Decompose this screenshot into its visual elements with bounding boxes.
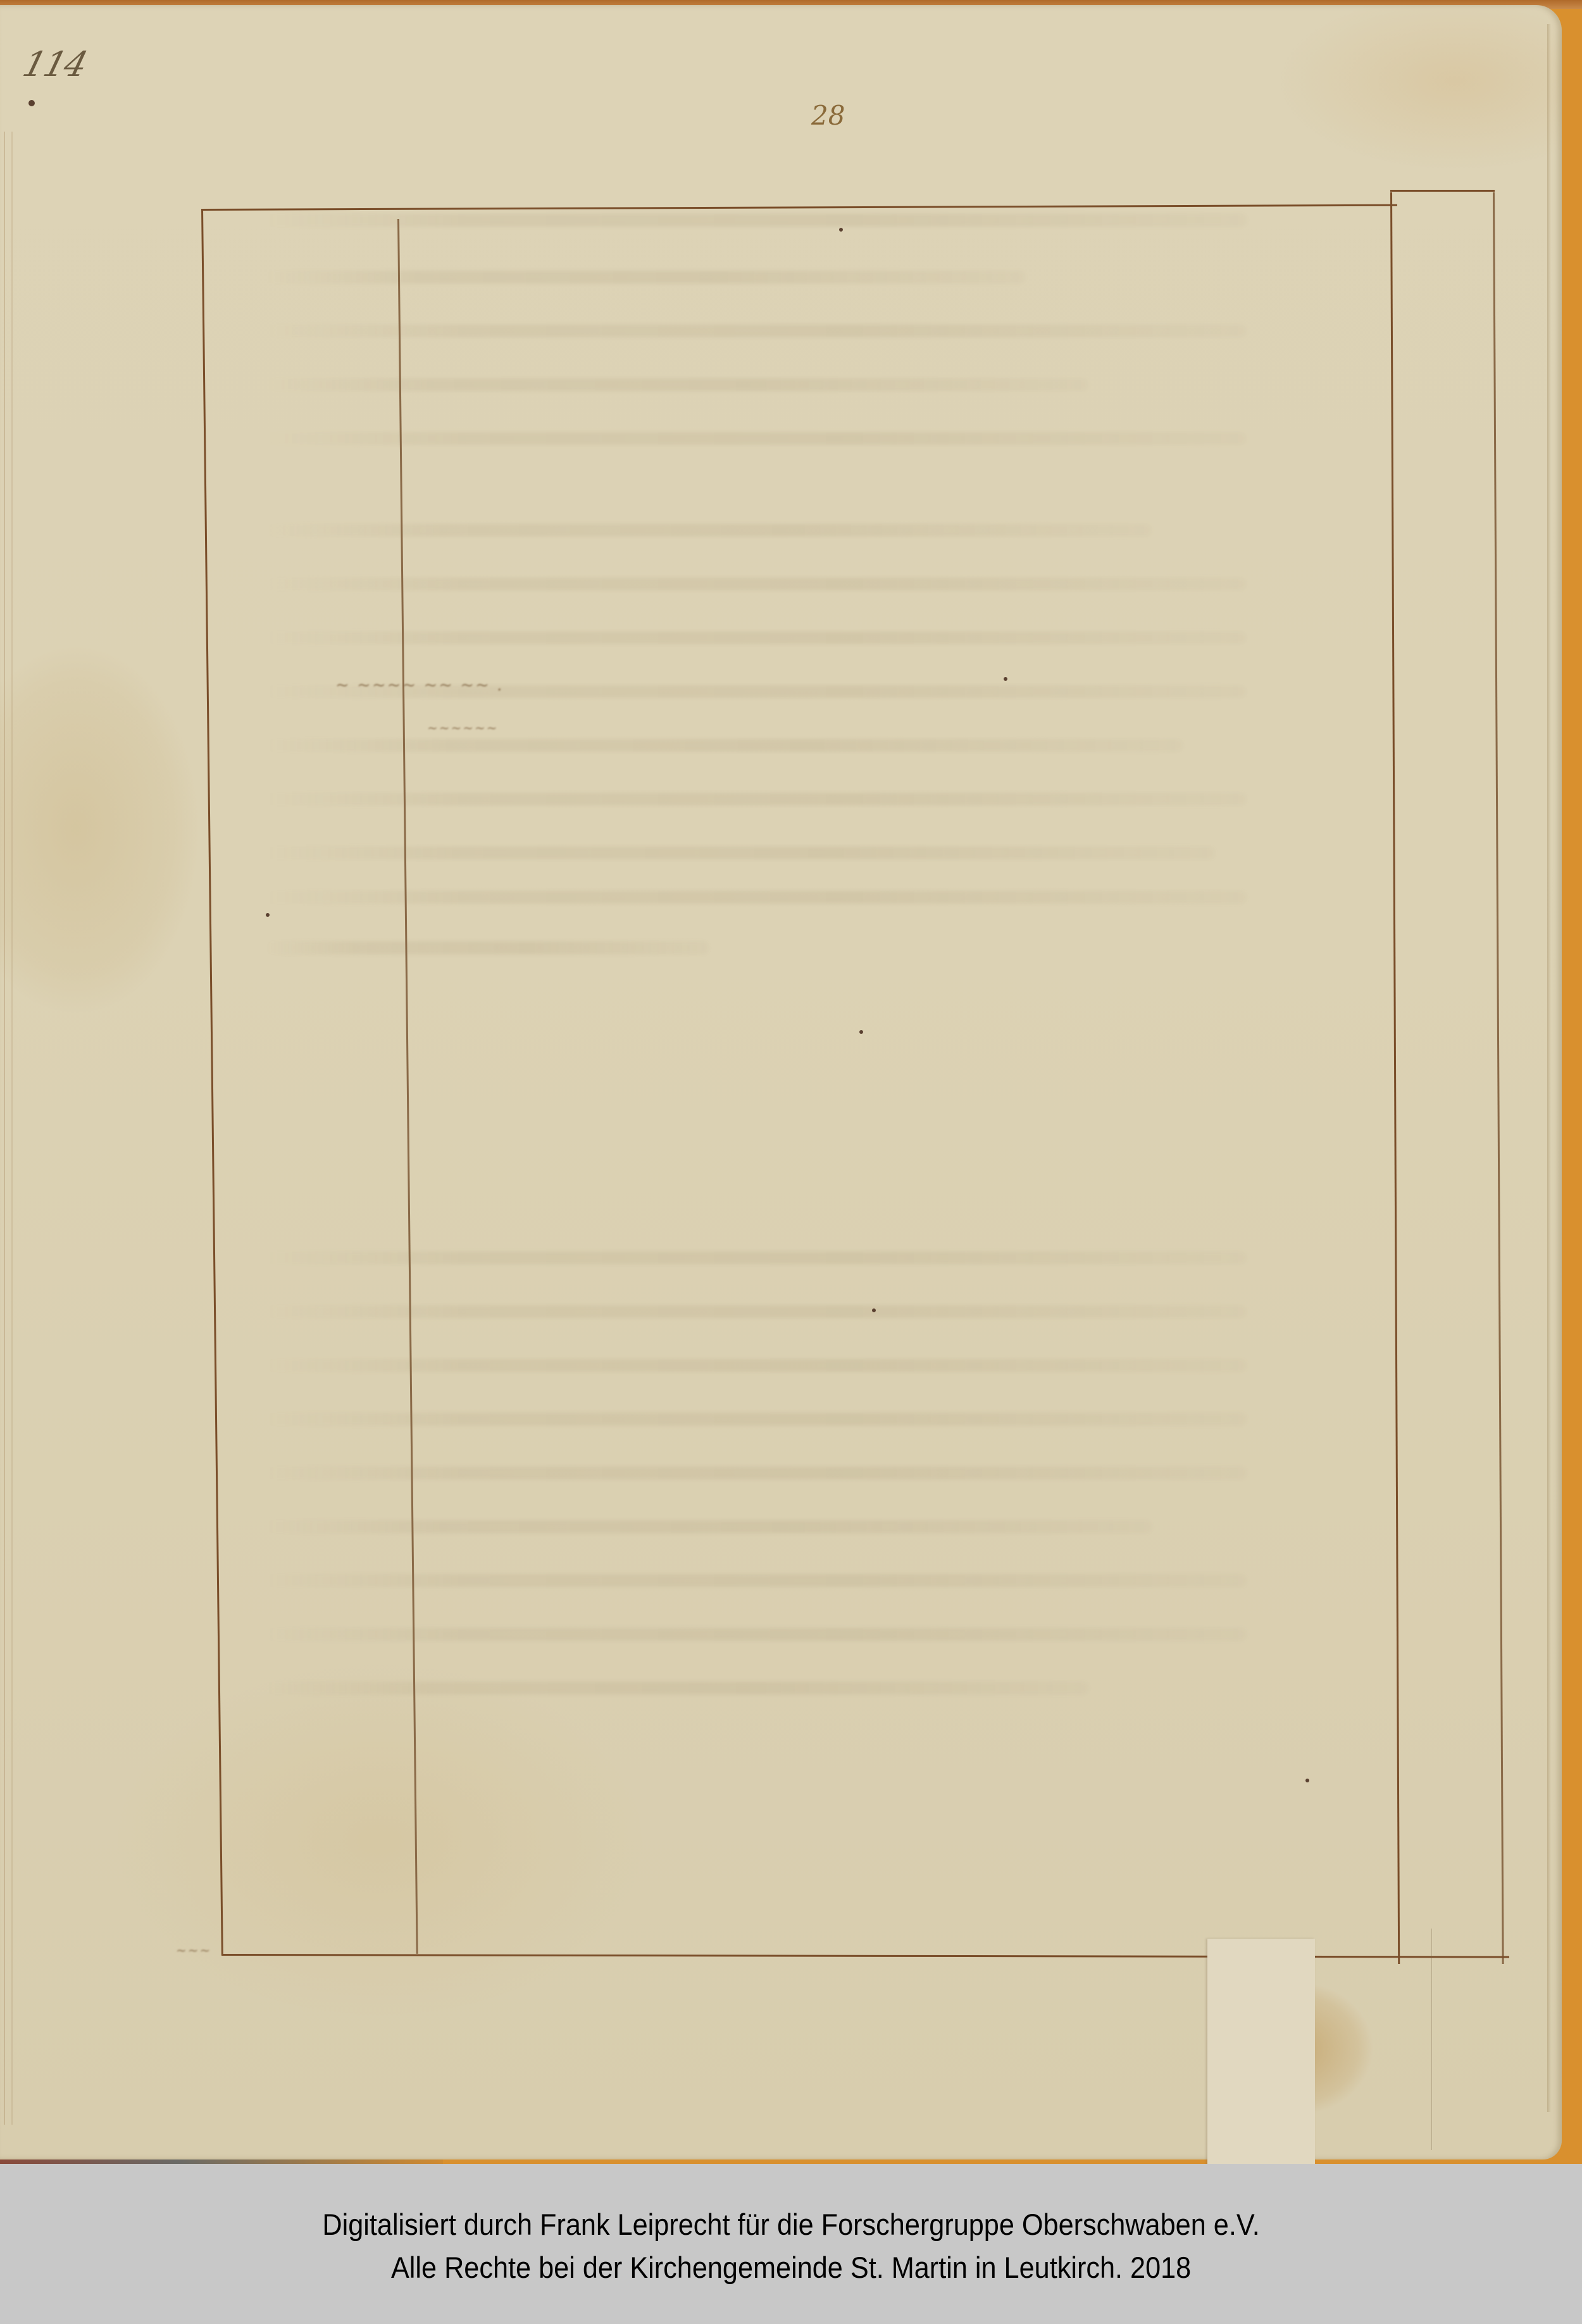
digitization-caption: Digitalisiert durch Frank Leiprecht für … bbox=[0, 2164, 1582, 2324]
folio-number: 114 bbox=[19, 44, 91, 84]
frame-top-rule bbox=[201, 204, 1397, 211]
ink-speck bbox=[266, 913, 270, 917]
bleed-through-line bbox=[266, 378, 1088, 391]
frame-bottom-rule bbox=[221, 1954, 1509, 1958]
right-column-top-rule bbox=[1390, 190, 1495, 192]
bleed-through-line bbox=[266, 891, 1247, 904]
bleed-through-line bbox=[266, 941, 709, 954]
ink-speck bbox=[859, 1030, 863, 1034]
corner-mark: ~~~ bbox=[176, 1942, 211, 1958]
bleed-through-line bbox=[266, 1682, 1088, 1694]
ink-speck bbox=[1305, 1779, 1309, 1782]
bleed-through-line bbox=[266, 847, 1215, 859]
caption-line-2: Alle Rechte bei der Kirchengemeinde St. … bbox=[391, 2246, 1191, 2289]
bleed-through-line bbox=[266, 578, 1247, 590]
page-right-edge-shadow bbox=[1547, 24, 1551, 2112]
right-column-outer-rule bbox=[1493, 192, 1504, 1964]
bleed-through-line bbox=[266, 271, 1025, 283]
ink-speck bbox=[28, 100, 35, 106]
paper-strip-edge bbox=[1431, 1929, 1436, 2150]
frame-right-rule bbox=[1390, 192, 1400, 1964]
ink-speck bbox=[839, 228, 843, 232]
bleed-through-line bbox=[266, 1305, 1247, 1318]
bleed-through-line bbox=[266, 1413, 1247, 1426]
margin-note-line-2: ~~~~~~ bbox=[427, 720, 499, 735]
manuscript-page: 114 28 ~ ~~~~ ~~ ~~ . bbox=[0, 5, 1562, 2159]
frame-left-rule bbox=[201, 209, 223, 1955]
ink-speck bbox=[872, 1308, 876, 1312]
caption-line-1: Digitalisiert durch Frank Leiprecht für … bbox=[322, 2203, 1259, 2246]
page-number: 28 bbox=[811, 100, 845, 131]
scanned-page-image: 114 28 ~ ~~~~ ~~ ~~ . bbox=[0, 0, 1582, 2164]
bleed-through-line bbox=[266, 793, 1247, 805]
bleed-through-line bbox=[266, 325, 1247, 337]
bleed-through-line bbox=[266, 631, 1247, 644]
pasted-paper-slip bbox=[1207, 1939, 1315, 2164]
margin-note-line-1: ~ ~~~~ ~~ ~~ . bbox=[335, 676, 503, 695]
page-stack-left-edge bbox=[4, 132, 13, 2125]
bleed-through-line bbox=[266, 1252, 1247, 1264]
bleed-through-line bbox=[266, 1520, 1152, 1533]
bleed-through-line bbox=[266, 524, 1152, 537]
bleed-through-line bbox=[266, 1359, 1247, 1372]
bleed-through-line bbox=[266, 214, 1247, 227]
bleed-through-line bbox=[266, 432, 1247, 445]
ink-speck bbox=[1004, 677, 1007, 681]
